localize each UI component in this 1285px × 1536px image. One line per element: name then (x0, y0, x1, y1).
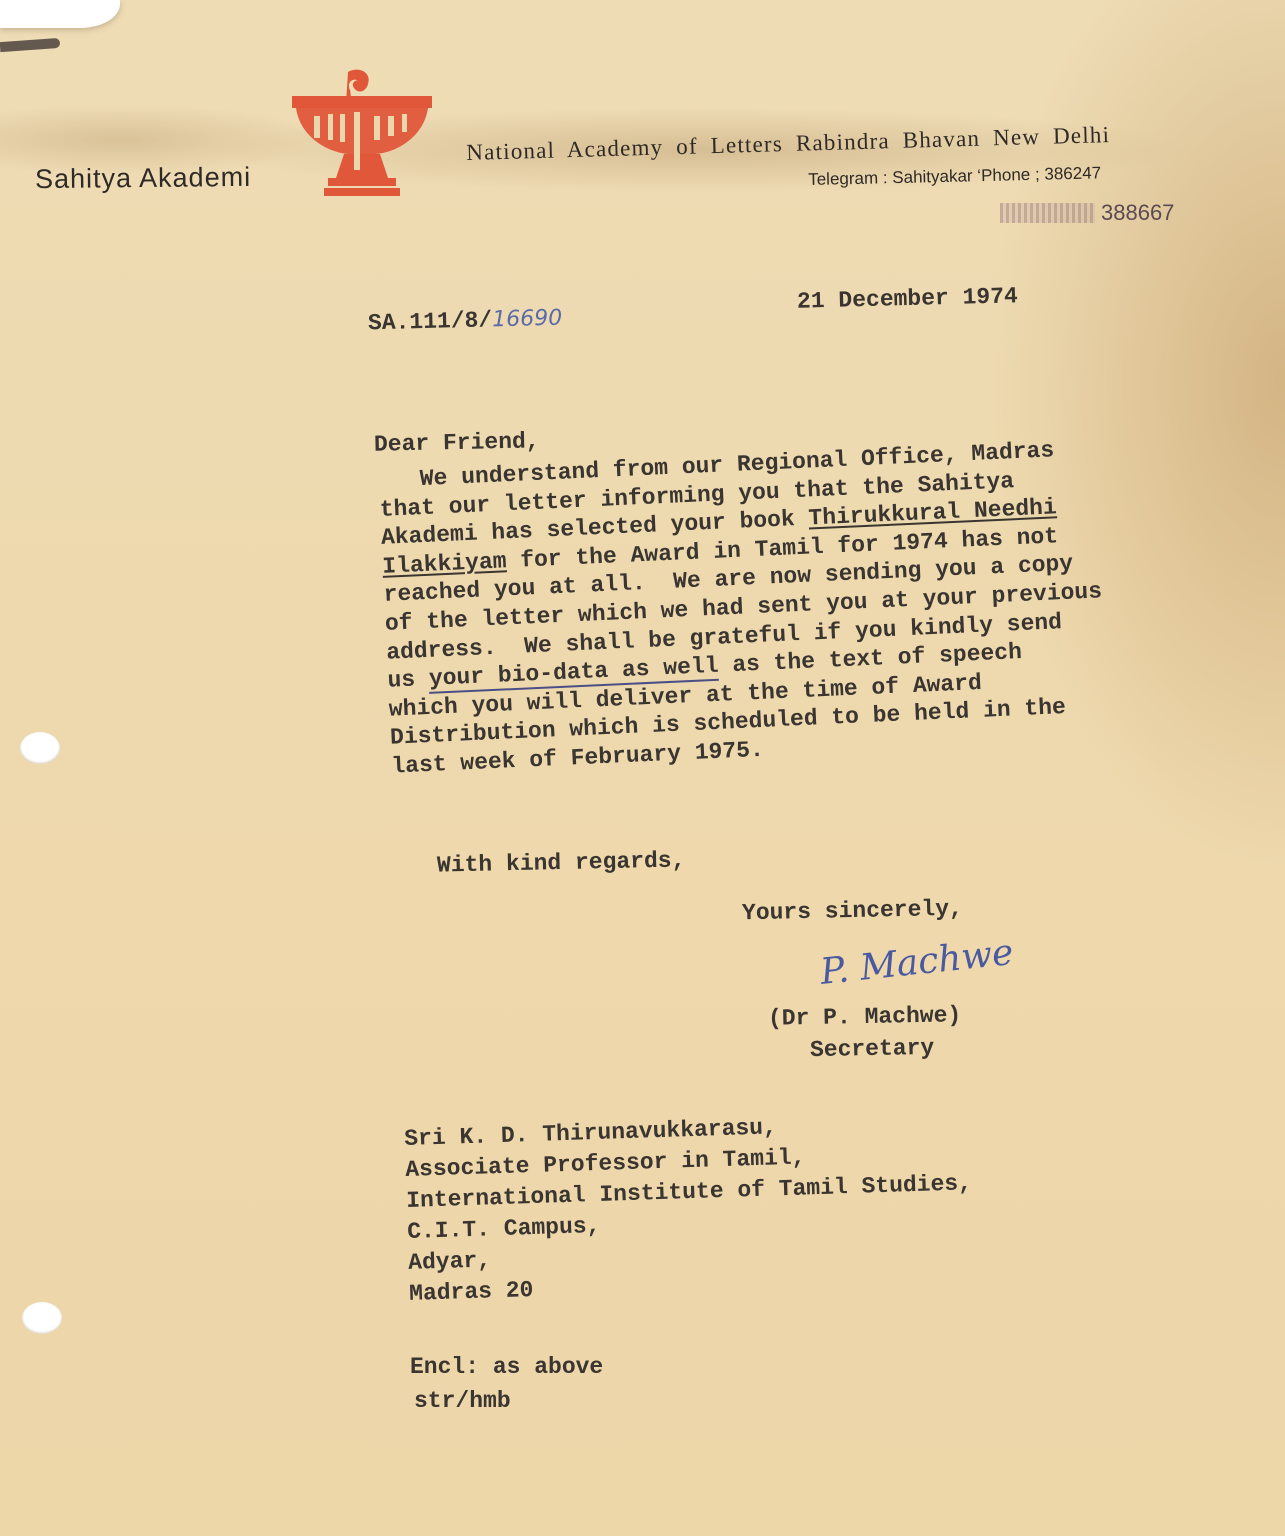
struck-out-text (1000, 203, 1095, 223)
alternate-phone: 388667 (1000, 200, 1174, 226)
salutation: Dear Friend, (374, 430, 540, 456)
closing: With kind regards, (437, 849, 686, 877)
book-title: Ilakkiyam (382, 548, 507, 580)
letter-body: We understand from our Regional Office, … (378, 437, 1109, 784)
typist-initials: str/hmb (414, 1390, 511, 1413)
recipient-address: Sri K. D. Thirunavukkarasu, Associate Pr… (404, 1110, 975, 1314)
letter-date: 21 December 1974 (797, 285, 1018, 313)
punch-hole (20, 732, 60, 764)
enclosure-note: Encl: as above (410, 1356, 603, 1379)
torn-corner (0, 0, 120, 28)
signatory-name: (Dr P. Machwe) (768, 1004, 962, 1030)
alternate-phone-number: 388667 (1101, 200, 1174, 226)
reference-handwritten: 16690 (492, 306, 563, 333)
sign-off: Yours sincerely, (742, 898, 963, 926)
reference-typed: SA.111/8/ (368, 307, 493, 336)
reference-number: SA.111/8/16690 (368, 308, 563, 336)
punch-hole (22, 1302, 62, 1334)
letterhead-organization: Sahitya Akademi (35, 162, 251, 195)
body-text: us (387, 666, 430, 694)
signatory-title: Secretary (810, 1037, 935, 1062)
sahitya-lamp-logo-icon (288, 66, 436, 198)
